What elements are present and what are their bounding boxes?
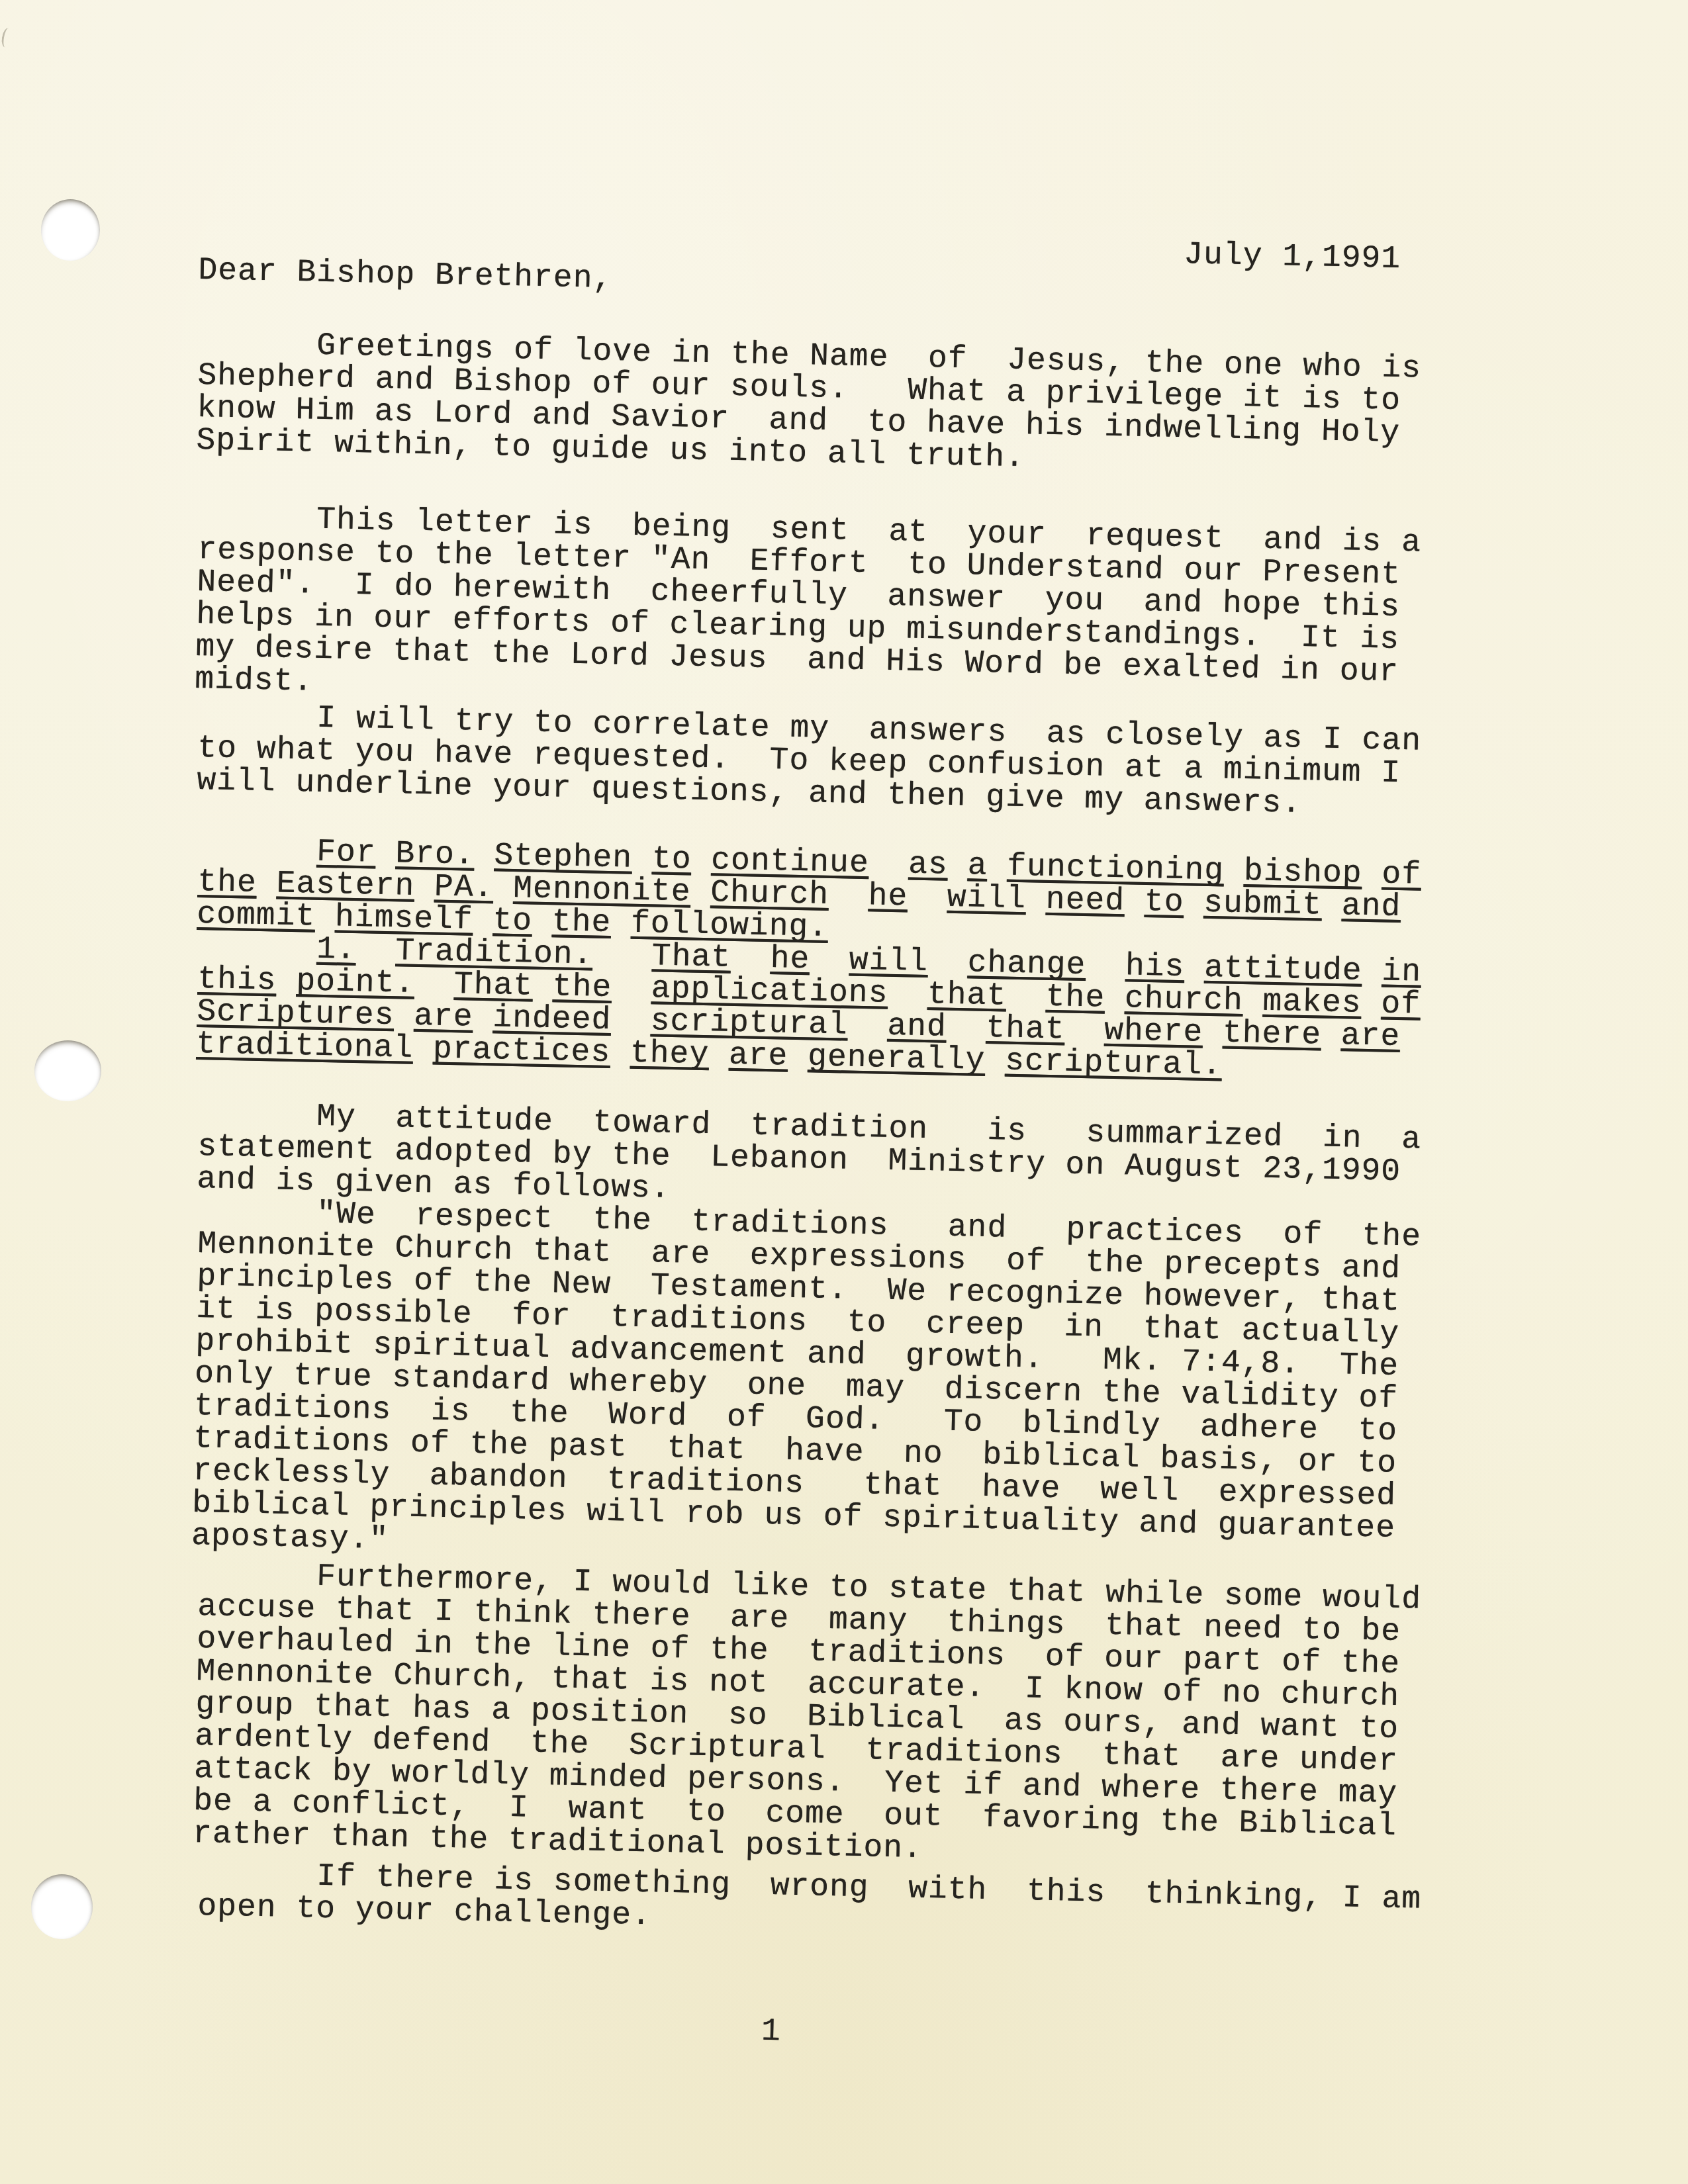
paragraph-lebanon-quote: "We respect the traditions and practices… [191,1196,1456,1579]
question-block-tradition: 1. Tradition. That he will change his at… [196,931,1456,1087]
scan-artifact-mark [1,27,14,48]
paragraph-method: I will try to correlate my answers as cl… [197,700,1456,824]
paragraph-purpose: This letter is being sent at your reques… [195,502,1456,723]
page-number: 1 [761,2016,780,2049]
punch-hole-middle [34,1040,101,1101]
punch-hole-top [41,199,100,261]
letter-body: July 1,1991 Dear Bishop Brethren, Greeti… [199,218,1456,1923]
punch-hole-bottom [31,1874,93,1939]
paper-sheet: July 1,1991 Dear Bishop Brethren, Greeti… [0,0,1688,2184]
paragraph-greeting: Greetings of love in the Name of Jesus, … [196,328,1456,484]
paragraph-furthermore: Furthermore, I would like to state that … [193,1559,1456,1877]
